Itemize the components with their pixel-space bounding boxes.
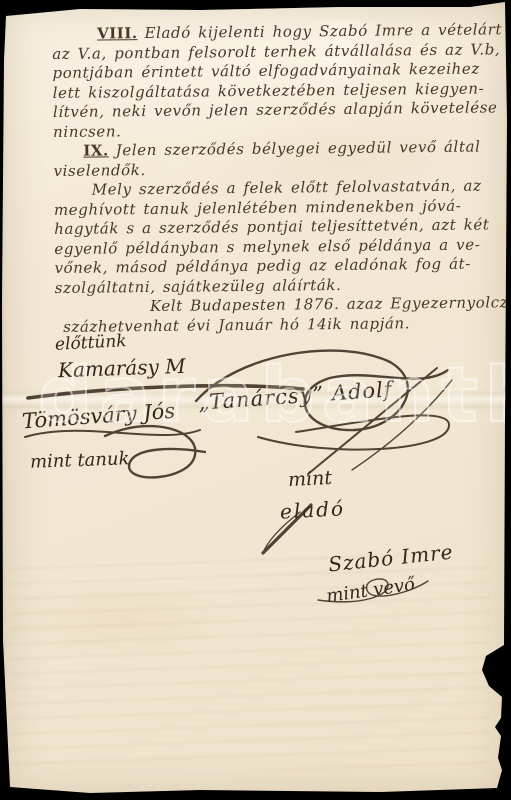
seller-signature: „Tanárcsy” Adolf bbox=[197, 377, 393, 415]
witness-role-text: mint tanuk bbox=[30, 448, 130, 472]
document-page: VIII.Eladó kijelenti hogy Szabó Imre a v… bbox=[0, 0, 511, 800]
seller-role-line1: mint bbox=[287, 467, 332, 491]
witness-signature-1: Kamarásy M bbox=[58, 354, 186, 382]
clause-ix-numeral: IX. bbox=[83, 141, 109, 159]
seller-role-line2: eladó bbox=[279, 496, 345, 523]
clause-ix-line: Jelen szerződés bélyegei egyedül vevő ál… bbox=[116, 138, 481, 160]
contract-text: VIII.Eladó kijelenti hogy Szabó Imre a v… bbox=[52, 20, 505, 337]
clause-viii-numeral: VIII. bbox=[97, 24, 138, 42]
ink-showthrough-texture bbox=[10, 555, 490, 770]
clause-viii-line: Eladó kijelenti hogy Szabó Imre a vételá… bbox=[144, 20, 502, 42]
witness-intro-text: előttünk bbox=[55, 331, 128, 355]
